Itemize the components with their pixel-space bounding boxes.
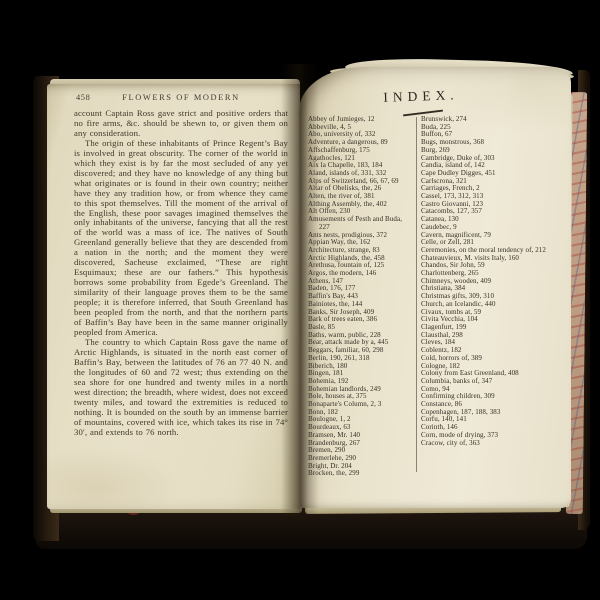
book-photograph: 458 FLOWERS OF MODERN account Captain Ro… <box>0 0 600 600</box>
column-divider-rule <box>416 117 417 472</box>
left-page-content: 458 FLOWERS OF MODERN account Captain Ro… <box>74 93 288 437</box>
index-column-right: Brunswick, 274Buda, 225Buffon, 67Bugs, m… <box>421 116 554 478</box>
running-header: 458 FLOWERS OF MODERN <box>74 93 288 106</box>
index-entry: Amusements of Pesth and Buda, 227 <box>308 216 412 231</box>
paragraph: The country to which Captain Ross gave t… <box>74 338 288 438</box>
index-entry: Brocken, the, 299 <box>308 470 412 478</box>
index-entry: Cracow, city of, 363 <box>421 440 554 448</box>
paragraph: The origin of these inhabitants of Princ… <box>74 139 288 338</box>
index-columns: Abbey of Jumieges, 12Abbeville, 4, 5Abo,… <box>308 116 554 478</box>
running-header-title: FLOWERS OF MODERN <box>122 93 239 102</box>
left-page: 458 FLOWERS OF MODERN account Captain Ro… <box>47 84 300 509</box>
paragraph: account Captain Ross gave strict and pos… <box>74 109 288 139</box>
page-number: 458 <box>76 93 90 102</box>
body-text: account Captain Ross gave strict and pos… <box>74 109 288 437</box>
index-column-left: Abbey of Jumieges, 12Abbeville, 4, 5Abo,… <box>308 116 412 478</box>
index-title: INDEX. <box>299 83 571 108</box>
right-page: INDEX. Abbey of Jumieges, 12Abbeville, 4… <box>299 67 571 508</box>
